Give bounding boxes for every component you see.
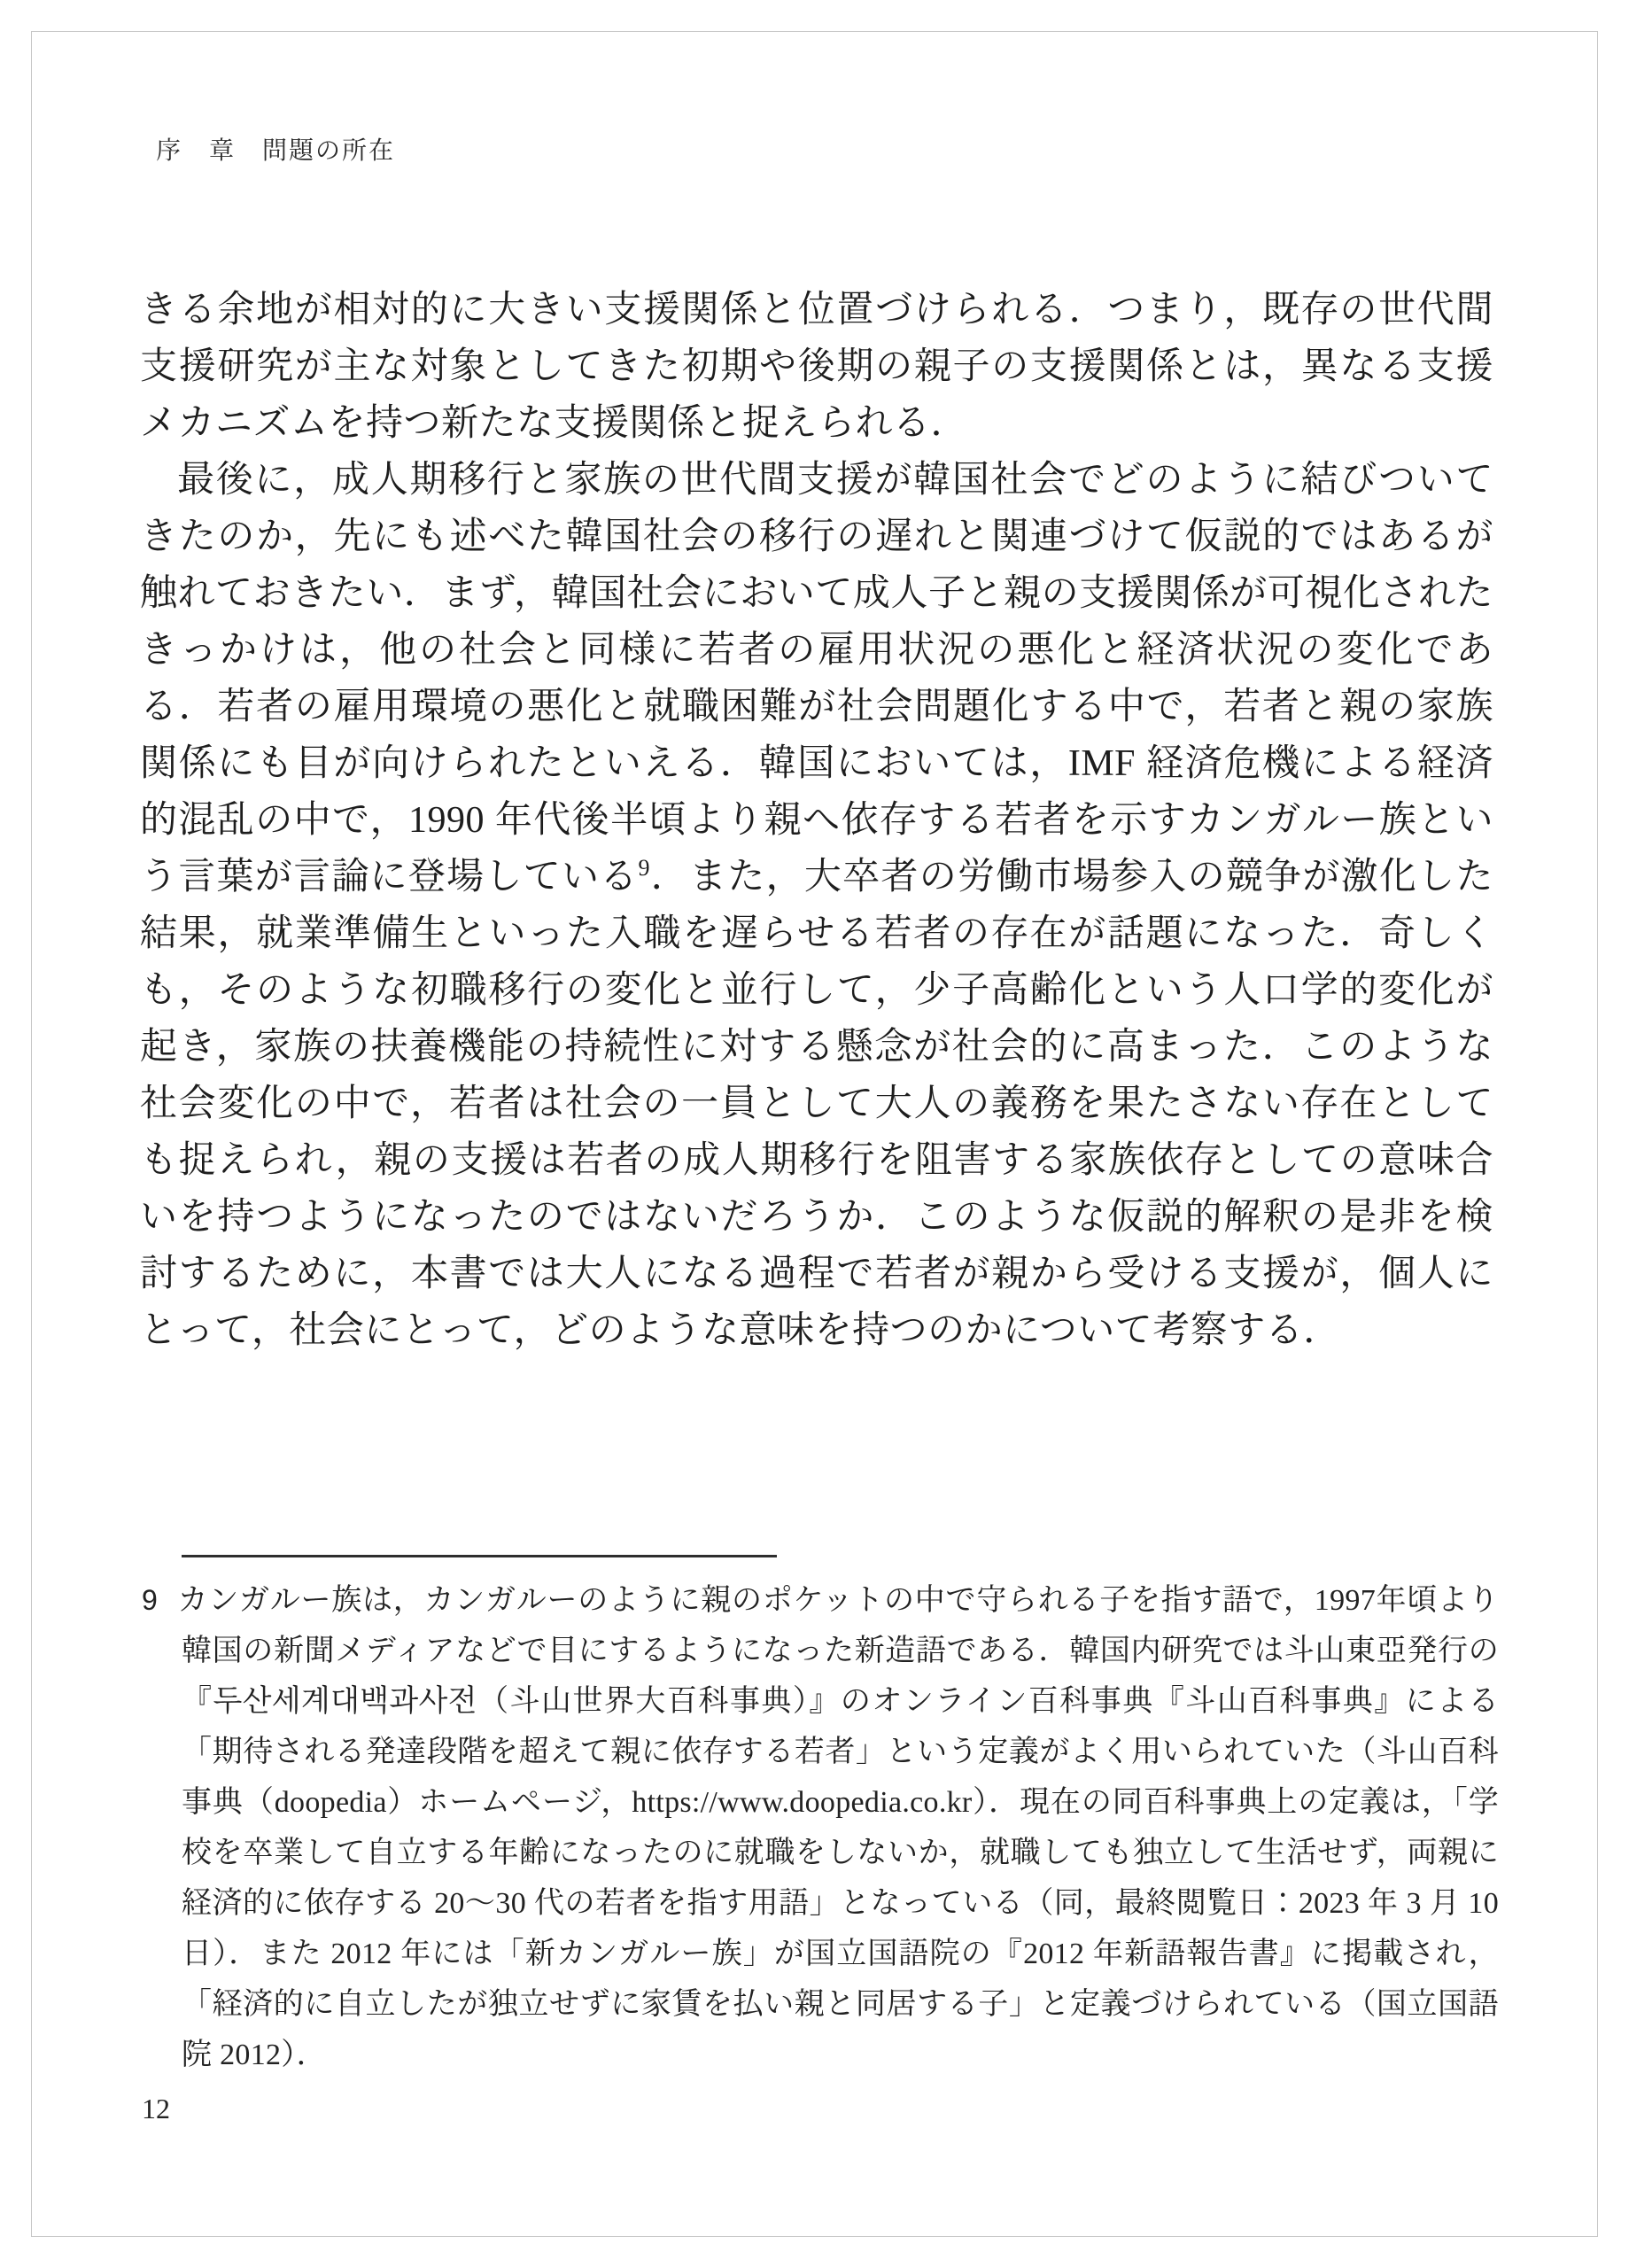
page-number: 12: [142, 2093, 170, 2125]
footnote-text: カンガルー族は，カンガルーのように親のポケットの中で守られる子を指す語で，199…: [177, 1584, 1499, 2071]
footnote-separator-rule: [182, 1555, 777, 1557]
body-text-block: きる余地が相対的に大きい支援関係と位置づけられる．つまり，既存の世代間支援研究が…: [140, 282, 1493, 1359]
footnote-marker: 9: [142, 1584, 158, 1616]
paragraph-1-text: きる余地が相対的に大きい支援関係と位置づけられる．つまり，既存の世代間支援研究が…: [140, 290, 1493, 444]
paragraph-2-text-before-ref: 最後に，成人期移行と家族の世代間支援が韓国社会でどのように結びついてきたのか，先…: [140, 460, 1493, 897]
body-paragraph-2: 最後に，成人期移行と家族の世代間支援が韓国社会でどのように結びついてきたのか，先…: [140, 452, 1493, 1359]
paragraph-2-text-after-ref: ．また，大卒者の労働市場参入の競争が激化した結果，就業準備生といった入職を遅らせ…: [140, 857, 1493, 1351]
footnote-9: 9カンガルー族は，カンガルーのように親のポケットの中で守られる子を指す語で，19…: [182, 1575, 1499, 2080]
document-page: 序 章 問題の所在 きる余地が相対的に大きい支援関係と位置づけられる．つまり，既…: [0, 0, 1629, 2268]
footnote-reference-9: 9: [639, 855, 651, 881]
body-paragraph-1: きる余地が相対的に大きい支援関係と位置づけられる．つまり，既存の世代間支援研究が…: [140, 282, 1493, 452]
running-head: 序 章 問題の所在: [156, 131, 395, 167]
